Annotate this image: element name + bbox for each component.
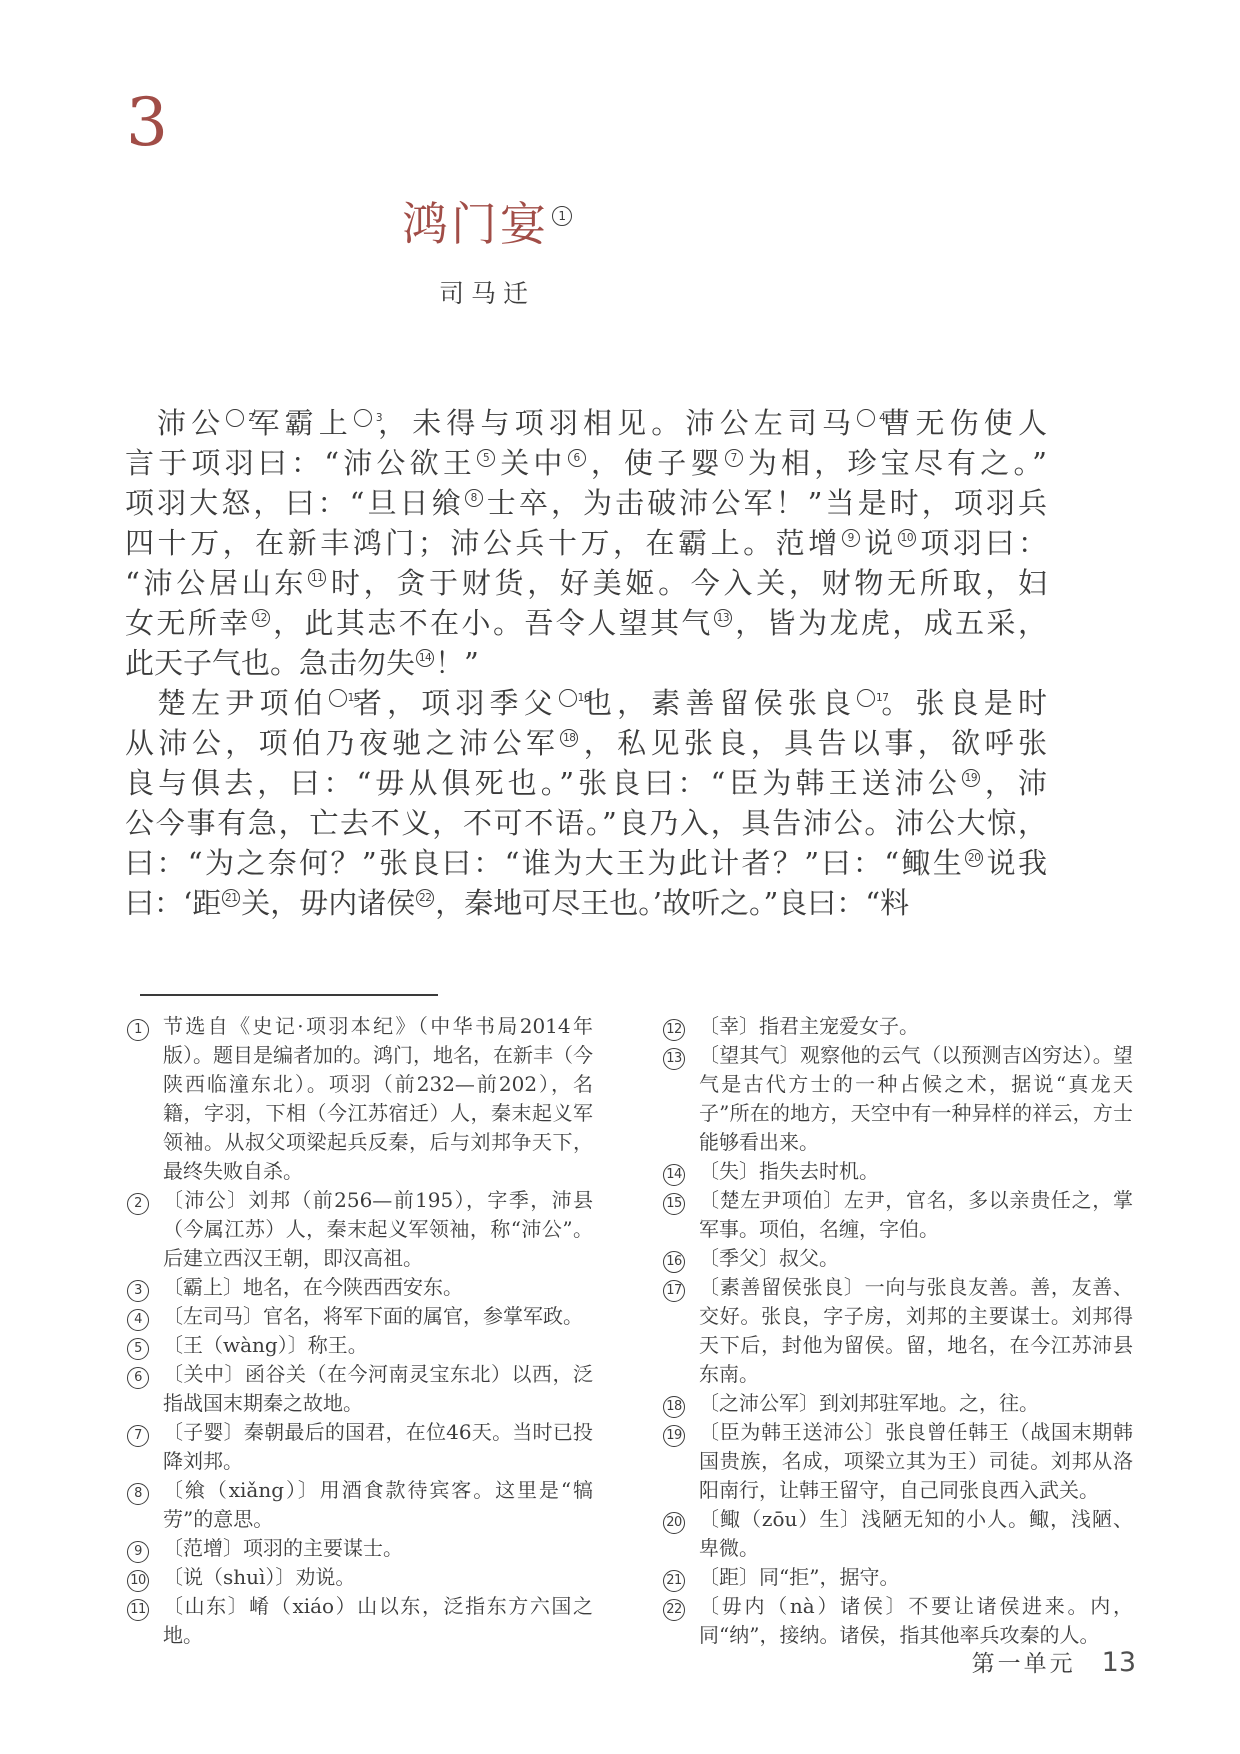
circled-number: 15: [329, 689, 347, 707]
footnote-marker: 20: [663, 1505, 699, 1534]
footnote-item: 22〔毋内（nà）诸侯〕不要让诸侯进来。内，同“纳”，接纳。诸侯，指其他率兵攻秦…: [663, 1592, 1133, 1650]
footnote-text: 〔山东〕崤（xiáo）山以东，泛指东方六国之地。: [163, 1592, 593, 1650]
circled-number: 19: [663, 1425, 685, 1447]
footnote-item: 21〔距〕同“拒”，据守。: [663, 1563, 1133, 1592]
footnote-marker: 3: [127, 1273, 163, 1302]
circled-number: 17: [663, 1280, 685, 1302]
footnote-text: 〔毋内（nà）诸侯〕不要让诸侯进来。内，同“纳”，接纳。诸侯，指其他率兵攻秦的人…: [699, 1592, 1133, 1650]
footnote-marker: 9: [127, 1534, 163, 1563]
footnote-item: 8〔飨（xiǎng）〕用酒食款待宾客。这里是“犒劳”的意思。: [127, 1476, 593, 1534]
footnote-marker: 4: [127, 1302, 163, 1331]
body-text-line: 言于项羽曰：“沛公欲王5关中6，使子婴7为相，珍宝尽有之。”: [125, 443, 1047, 483]
footnote-ref: 20: [965, 843, 983, 867]
body-text-line: “沛公居山东11时，贪于财货，好美姬。今入关，财物无所取，妇: [125, 563, 1047, 603]
body-text-line: 曰：‘距21关，毋内诸侯22，秦地可尽王也。’故听之。”良曰：“料: [125, 883, 1047, 923]
footnote-item: 4〔左司马〕官名，将军下面的属官，参掌军政。: [127, 1302, 593, 1331]
footnote-text: 〔素善留侯张良〕一向与张良友善。善，友善、交好。张良，字子房，刘邦的主要谋士。刘…: [699, 1273, 1133, 1389]
circled-number: 10: [127, 1570, 149, 1592]
circled-number: 21: [222, 889, 240, 907]
body-text-line: 女无所幸12，此其志不在小。吾令人望其气13，皆为龙虎，成五采，: [125, 603, 1047, 643]
footnote-item: 17〔素善留侯张良〕一向与张良友善。善，友善、交好。张良，字子房，刘邦的主要谋士…: [663, 1273, 1133, 1389]
footnote-text: 〔臣为韩王送沛公〕张良曾任韩王（战国末期韩国贵族，名成，项梁立其为王）司徒。刘邦…: [699, 1418, 1133, 1505]
circled-number: 6: [568, 449, 586, 467]
circled-number: 14: [663, 1164, 685, 1186]
footnote-item: 5〔王（wàng）〕称王。: [127, 1331, 593, 1360]
footnote-ref: 21: [222, 883, 240, 907]
lesson-number: 3: [126, 90, 168, 156]
footnote-marker: 21: [663, 1563, 699, 1592]
footnote-marker: 2: [127, 1186, 163, 1215]
footnote-text: 〔范增〕项羽的主要谋士。: [163, 1534, 593, 1563]
footnote-marker: 12: [663, 1012, 699, 1041]
footnote-marker: 14: [663, 1157, 699, 1186]
body-text-line: 沛公2军霸上3，未得与项羽相见。沛公左司马4曹无伤使人: [125, 403, 1047, 443]
circled-number: 8: [465, 489, 483, 507]
footnotes-right-column: 12〔幸〕指君主宠爱女子。13〔望其气〕观察他的云气（以预测吉凶穷达）。望气是古…: [663, 1012, 1133, 1650]
circled-number: 1: [552, 206, 572, 226]
main-text: 沛公2军霸上3，未得与项羽相见。沛公左司马4曹无伤使人言于项羽曰：“沛公欲王5关…: [125, 403, 1047, 923]
circled-number: 13: [714, 609, 732, 627]
footnote-ref: 12: [252, 603, 270, 627]
body-text-line: 公今事有急，亡去不义，不可不语。”良乃入，具告沛公。沛公大惊，: [125, 803, 1047, 843]
footnote-text: 〔距〕同“拒”，据守。: [699, 1563, 1133, 1592]
circled-number: 1: [127, 1019, 149, 1041]
circled-number: 6: [127, 1367, 149, 1389]
footnote-text: 〔左司马〕官名，将军下面的属官，参掌军政。: [163, 1302, 593, 1331]
footnote-item: 12〔幸〕指君主宠爱女子。: [663, 1012, 1133, 1041]
circled-number: 12: [663, 1019, 685, 1041]
circled-number: 16: [663, 1251, 685, 1273]
footnote-ref: 8: [465, 483, 483, 507]
circled-number: 22: [416, 889, 434, 907]
footnote-item: 20〔鲰（zōu）生〕浅陋无知的小人。鲰，浅陋、卑微。: [663, 1505, 1133, 1563]
footnote-item: 10〔说（shuì）〕劝说。: [127, 1563, 593, 1592]
unit-label: 第一单元: [972, 1645, 1076, 1678]
circled-number: 22: [663, 1599, 685, 1621]
textbook-page: 3 鸿门宴1 司马迁 沛公2军霸上3，未得与项羽相见。沛公左司马4曹无伤使人言于…: [0, 0, 1240, 1754]
body-text-line: 楚左尹项伯15者，项羽季父16也，素善留侯张良17。张良是时: [125, 683, 1047, 723]
footnote-ref: 18: [560, 723, 578, 747]
circled-number: 14: [416, 649, 434, 667]
footnote-text: 〔幸〕指君主宠爱女子。: [699, 1012, 1133, 1041]
circled-number: 18: [663, 1396, 685, 1418]
title-footnote-ref: 1: [552, 205, 572, 226]
footnote-item: 9〔范增〕项羽的主要谋士。: [127, 1534, 593, 1563]
body-text-line: 曰：“为之奈何？”张良曰：“谁为大王为此计者？”曰：“鲰生20说我: [125, 843, 1047, 883]
circled-number: 2: [226, 409, 244, 427]
circled-number: 3: [354, 409, 372, 427]
footnote-marker: 16: [663, 1244, 699, 1273]
footnote-ref: 10: [898, 523, 916, 547]
footnote-text: 〔说（shuì）〕劝说。: [163, 1563, 593, 1592]
footnote-ref: 13: [714, 603, 732, 627]
footnote-ref: 6: [568, 443, 586, 467]
circled-number: 12: [252, 609, 270, 627]
footnotes-left-column: 1节选自《史记·项羽本纪》（中华书局2014年版）。题目是编者加的。鸿门，地名，…: [127, 1012, 593, 1650]
body-text-line: 良与俱去，曰：“毋从俱死也。”张良曰：“臣为韩王送沛公19，沛: [125, 763, 1047, 803]
circled-number: 9: [127, 1541, 149, 1563]
footnote-ref: 19: [962, 763, 980, 787]
footnote-text: 〔望其气〕观察他的云气（以预测吉凶穷达）。望气是古代方士的一种占候之术，据说“真…: [699, 1041, 1133, 1157]
footnote-item: 16〔季父〕叔父。: [663, 1244, 1133, 1273]
circled-number: 13: [663, 1048, 685, 1070]
footnote-text: 〔王（wàng）〕称王。: [163, 1331, 593, 1360]
footnote-ref: 16: [559, 683, 577, 707]
footnote-text: 〔关中〕函谷关（在今河南灵宝东北）以西，泛指战国末期秦之故地。: [163, 1360, 593, 1418]
footnote-text: 〔之沛公军〕到刘邦驻军地。之，往。: [699, 1389, 1133, 1418]
footnote-ref: 15: [329, 683, 347, 707]
footnote-item: 11〔山东〕崤（xiáo）山以东，泛指东方六国之地。: [127, 1592, 593, 1650]
footnote-text: 〔霸上〕地名，在今陕西西安东。: [163, 1273, 593, 1302]
footnote-ref: 14: [416, 643, 434, 667]
circled-number: 20: [663, 1512, 685, 1534]
circled-number: 5: [127, 1338, 149, 1360]
circled-number: 21: [663, 1570, 685, 1592]
footnote-ref: 7: [725, 443, 743, 467]
footnote-text: 〔鲰（zōu）生〕浅陋无知的小人。鲰，浅陋、卑微。: [699, 1505, 1133, 1563]
footnote-marker: 6: [127, 1360, 163, 1389]
circled-number: 15: [663, 1193, 685, 1215]
footnote-ref: 5: [477, 443, 495, 467]
footnote-marker: 19: [663, 1418, 699, 1447]
circled-number: 5: [477, 449, 495, 467]
circled-number: 4: [857, 409, 875, 427]
circled-number: 19: [962, 769, 980, 787]
circled-number: 3: [127, 1280, 149, 1302]
footnote-item: 15〔楚左尹项伯〕左尹，官名，多以亲贵任之，掌军事。项伯，名缠，字伯。: [663, 1186, 1133, 1244]
footnote-ref: 22: [416, 883, 434, 907]
circled-number: 16: [559, 689, 577, 707]
footnote-marker: 22: [663, 1592, 699, 1621]
footnote-item: 19〔臣为韩王送沛公〕张良曾任韩王（战国末期韩国贵族，名成，项梁立其为王）司徒。…: [663, 1418, 1133, 1505]
footnote-marker: 1: [127, 1012, 163, 1041]
circled-number: 17: [857, 689, 875, 707]
footnote-marker: 8: [127, 1476, 163, 1505]
circled-number: 7: [725, 449, 743, 467]
circled-number: 9: [842, 529, 860, 547]
footnote-item: 6〔关中〕函谷关（在今河南灵宝东北）以西，泛指战国末期秦之故地。: [127, 1360, 593, 1418]
author-name: 司马迁: [125, 274, 849, 310]
circled-number: 20: [965, 849, 983, 867]
footnote-text: 〔季父〕叔父。: [699, 1244, 1133, 1273]
page-footer: 第一单元 13: [972, 1645, 1136, 1678]
lesson-heading: 鸿门宴1: [125, 188, 849, 254]
body-text-line: 此天子气也。急击勿失14！”: [125, 643, 1047, 683]
footnote-text: 〔飨（xiǎng）〕用酒食款待宾客。这里是“犒劳”的意思。: [163, 1476, 593, 1534]
circled-number: 10: [898, 529, 916, 547]
footnote-text: 节选自《史记·项羽本纪》（中华书局2014年版）。题目是编者加的。鸿门，地名，在…: [163, 1012, 593, 1186]
footnote-marker: 18: [663, 1389, 699, 1418]
circled-number: 11: [308, 569, 326, 587]
circled-number: 8: [127, 1483, 149, 1505]
footnote-ref: 3: [354, 403, 372, 427]
footnote-text: 〔沛公〕刘邦（前256—前195），字季，沛县（今属江苏）人，秦末起义军领袖，称…: [163, 1186, 593, 1273]
footnote-marker: 17: [663, 1273, 699, 1302]
footnote-marker: 15: [663, 1186, 699, 1215]
footnote-ref: 2: [226, 403, 244, 427]
lesson-title: 鸿门宴: [402, 197, 549, 251]
footnote-marker: 11: [127, 1592, 163, 1621]
footnote-ref: 9: [842, 523, 860, 547]
footnote-item: 14〔失〕指失去时机。: [663, 1157, 1133, 1186]
footnote-text: 〔失〕指失去时机。: [699, 1157, 1133, 1186]
footnote-divider: [140, 994, 438, 996]
footnote-ref: 11: [308, 563, 326, 587]
footnote-item: 1节选自《史记·项羽本纪》（中华书局2014年版）。题目是编者加的。鸿门，地名，…: [127, 1012, 593, 1186]
footnote-ref: 17: [857, 683, 875, 707]
footnote-item: 3〔霸上〕地名，在今陕西西安东。: [127, 1273, 593, 1302]
footnote-marker: 10: [127, 1563, 163, 1592]
footnote-marker: 5: [127, 1331, 163, 1360]
footnote-ref: 4: [857, 403, 875, 427]
footnote-item: 2〔沛公〕刘邦（前256—前195），字季，沛县（今属江苏）人，秦末起义军领袖，…: [127, 1186, 593, 1273]
footnote-item: 7〔子婴〕秦朝最后的国君，在位46天。当时已投降刘邦。: [127, 1418, 593, 1476]
circled-number: 2: [127, 1193, 149, 1215]
footnote-marker: 13: [663, 1041, 699, 1070]
circled-number: 11: [127, 1599, 149, 1621]
footnote-text: 〔子婴〕秦朝最后的国君，在位46天。当时已投降刘邦。: [163, 1418, 593, 1476]
body-text-line: 项羽大怒，曰：“旦日飨8士卒，为击破沛公军！”当是时，项羽兵: [125, 483, 1047, 523]
circled-number: 18: [560, 729, 578, 747]
circled-number: 4: [127, 1309, 149, 1331]
footnote-item: 18〔之沛公军〕到刘邦驻军地。之，往。: [663, 1389, 1133, 1418]
circled-number: 7: [127, 1425, 149, 1447]
body-text-line: 四十万，在新丰鸿门；沛公兵十万，在霸上。范增9说10项羽曰：: [125, 523, 1047, 563]
footnote-item: 13〔望其气〕观察他的云气（以预测吉凶穷达）。望气是古代方士的一种占候之术，据说…: [663, 1041, 1133, 1157]
body-text-line: 从沛公，项伯乃夜驰之沛公军18，私见张良，具告以事，欲呼张: [125, 723, 1047, 763]
footnote-marker: 7: [127, 1418, 163, 1447]
footnote-text: 〔楚左尹项伯〕左尹，官名，多以亲贵任之，掌军事。项伯，名缠，字伯。: [699, 1186, 1133, 1244]
page-number: 13: [1102, 1647, 1136, 1678]
